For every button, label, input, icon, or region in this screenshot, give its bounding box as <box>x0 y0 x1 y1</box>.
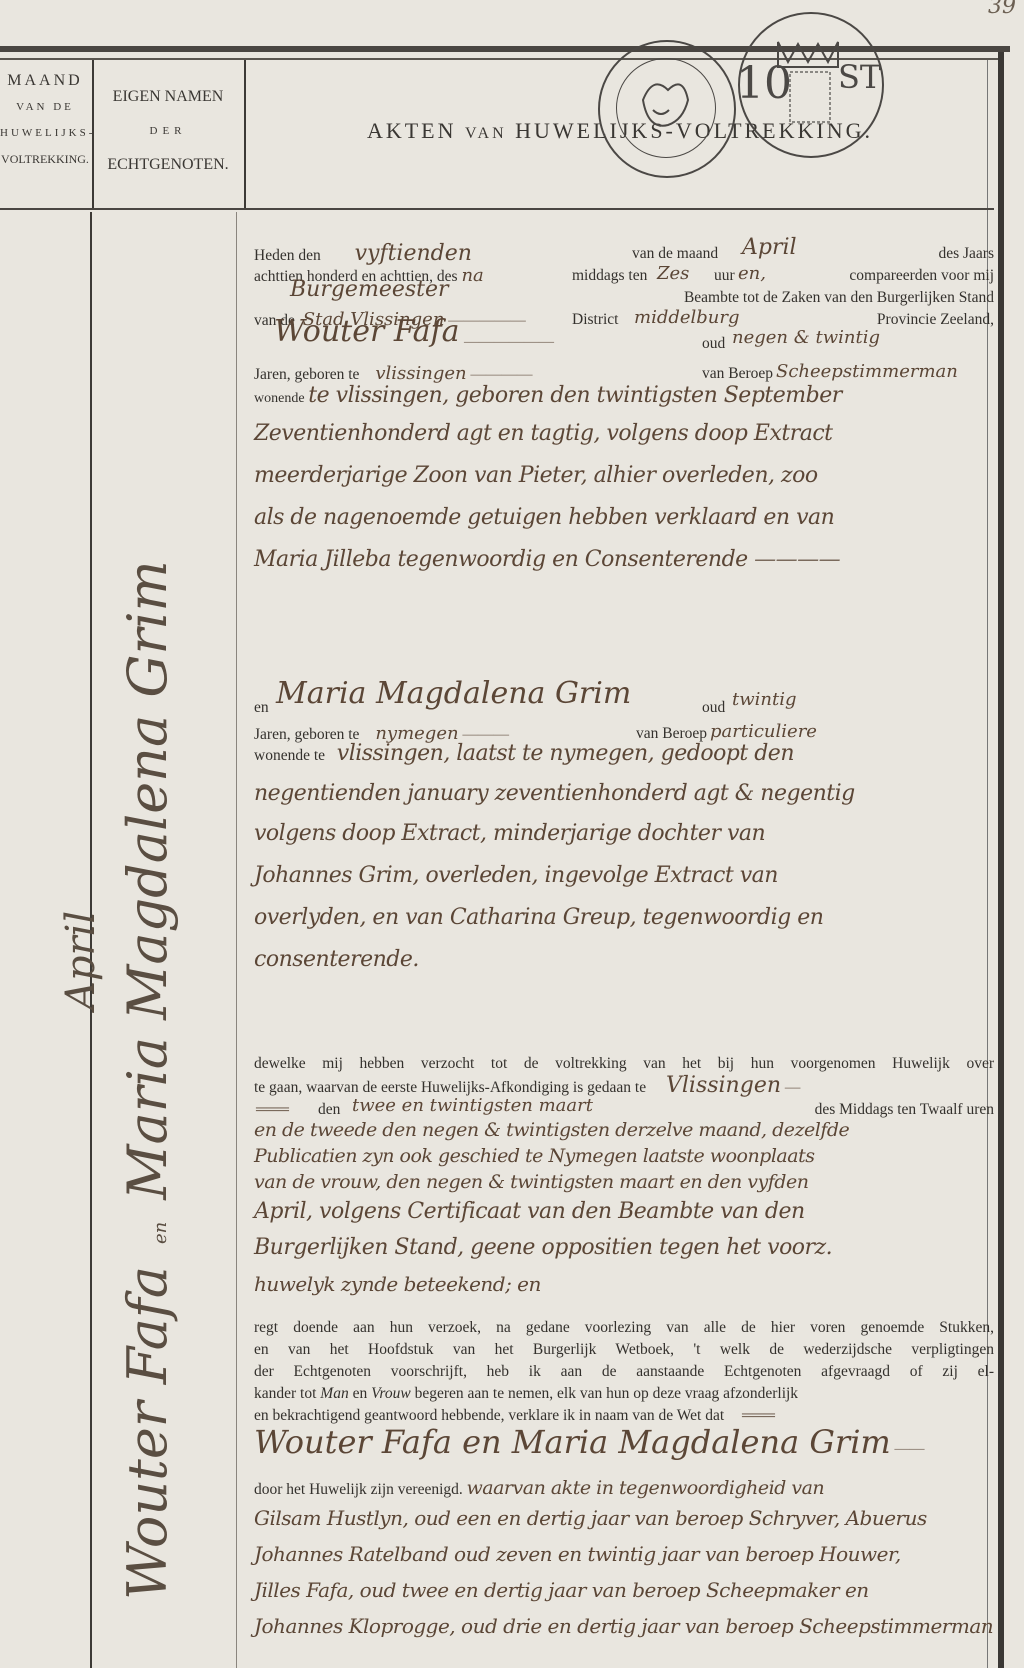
bride-age: twintig <box>732 690 797 710</box>
header-names-line1: EIGEN NAMEN <box>94 80 242 114</box>
declaration-line-1: regt doende aan hun verzoek, na gedane v… <box>254 1318 994 1338</box>
bride-details-line-4: overlyden, en van Catharina Greup, tegen… <box>254 908 994 928</box>
bride-name-line: en Maria Magdalena Grim oud twintig <box>254 688 994 718</box>
header-month-line1: MAAND <box>0 68 90 94</box>
label-groom-beroep: van Beroep <box>702 364 773 384</box>
label-man: Man <box>320 1385 348 1402</box>
label-verklare: en bekrachtigend geantwoord hebbende, ve… <box>254 1407 724 1424</box>
intro-line-1: Heden den vyftienden van de maand April … <box>254 244 994 266</box>
header-bottom-rule <box>0 208 994 210</box>
handwritten-district: middelburg <box>634 308 740 328</box>
column-header-names: EIGEN NAMEN DER ECHTGENOTEN. <box>94 80 242 182</box>
label-kander-tot: kander tot <box>254 1385 316 1402</box>
declaration-line-4: kander tot Man en Vrouw begeren aan te n… <box>254 1384 994 1404</box>
header-month-line3: HUWELIJKS- <box>0 120 90 146</box>
witness-line-4: Johannes Kloprogge, oud drie en dertig j… <box>254 1616 994 1636</box>
page-number: 39 <box>988 0 1016 19</box>
label-en: en <box>353 1385 368 1402</box>
handwritten-official-title: Burgemeester <box>290 280 449 300</box>
label-compareerden: compareerden voor mij <box>849 266 994 286</box>
column-header-month: MAAND VAN DE HUWELIJKS- VOLTREKKING. <box>0 68 90 172</box>
bride-name: Maria Magdalena Grim <box>276 684 631 704</box>
title-van: VAN <box>465 125 507 142</box>
publication-place: Vlissingen <box>666 1073 781 1098</box>
label-groom-wonende: wonende <box>254 391 305 406</box>
groom-age: negen & twintig <box>732 328 880 348</box>
handwritten-en: en, <box>738 264 766 284</box>
label-groom-geboren: Jaren, geboren te <box>254 366 359 383</box>
publication-line-1: dewelke mij hebben verzocht tot de voltr… <box>254 1054 994 1074</box>
revenue-stamp-crown-icon: 10 ST <box>738 12 884 158</box>
margin-groom: Wouter Fafa <box>116 1266 179 1600</box>
bride-residence: vlissingen, laatst te nymegen, gedoopt d… <box>337 741 794 766</box>
handwritten-na: na <box>461 265 483 286</box>
handwritten-hour: Zes <box>657 264 689 284</box>
handwritten-waarvan-akte: waarvan akte in tegenwoordigheid van <box>467 1477 825 1499</box>
bride-details-line-5: consenterende. <box>254 950 994 970</box>
margin-spouse-names: Wouter FafaenMaria Magdalena Grim <box>116 560 179 1600</box>
stamp-unit: ST <box>838 58 881 96</box>
label-des-jaars: des Jaars <box>938 244 994 264</box>
label-middags-twaalf: des Middags ten Twaalf uren <box>815 1100 994 1120</box>
groom-details-text: te vlissingen, geboren den twintigsten S… <box>308 383 841 408</box>
label-vrouw: Vrouw <box>371 1385 411 1402</box>
label-district: District <box>572 310 619 330</box>
groom-name: Wouter Fafa <box>274 322 460 342</box>
groom-occupation: Scheepstimmerman <box>776 362 958 382</box>
right-border-rule <box>998 52 1004 1668</box>
label-bride-wonende: wonende te <box>254 747 325 764</box>
couple-names: Wouter Fafa en Maria Magdalena Grim <box>254 1423 891 1461</box>
label-bride-en: en <box>254 698 269 718</box>
label-vereenigd: door het Huwelijk zijn vereenigd. <box>254 1481 463 1498</box>
label-provincie: Provincie Zeeland, <box>877 310 994 330</box>
label-middags-ten: middags ten <box>572 266 647 286</box>
column-divider-names <box>244 60 246 210</box>
groom-birth-line: Jaren, geboren te vlissingen ———— van Be… <box>254 364 994 385</box>
bride-details-line-2: volgens doop Extract, minderjarige docht… <box>254 824 994 844</box>
header-month-line4: VOLTREKKING. <box>0 146 90 172</box>
header-names-line3: ECHTGENOTEN. <box>94 148 242 182</box>
label-afkondiging: te gaan, waarvan de eerste Huwelijks-Afk… <box>254 1079 646 1096</box>
groom-birthplace: vlissingen <box>375 363 466 384</box>
label-uur: uur <box>714 266 735 286</box>
header-names-line2: DER <box>94 114 242 148</box>
groom-details-line-3: meerderjarige Zoon van Pieter, alhier ov… <box>254 466 994 486</box>
label-beambte: Beambte tot de Zaken van den Burgerlijke… <box>684 288 994 308</box>
groom-details-line-1: wonende te vlissingen, geboren den twint… <box>254 386 994 409</box>
handwritten-month: April <box>742 238 797 258</box>
label-bride-oud: oud <box>702 698 725 718</box>
groom-details-line-2: Zeventienhonderd agt en tagtig, volgens … <box>254 424 994 444</box>
title-akten: AKTEN <box>367 118 457 143</box>
label-van-de-maand: van de maand <box>632 244 718 264</box>
margin-bride: Maria Magdalena Grim <box>116 560 179 1200</box>
publication-date: twee en twintigsten maart <box>352 1096 593 1116</box>
couple-names-line: Wouter Fafa en Maria Magdalena Grim —— <box>254 1432 994 1468</box>
label-begeren: begeren aan te nemen, elk van hun op dez… <box>415 1385 798 1402</box>
publication-hw-line-4: April, volgens Certificaat van den Beamb… <box>254 1202 994 1222</box>
bride-residence-line: wonende te vlissingen, laatst te nymegen… <box>254 744 994 766</box>
publication-hw-line-5: Burgerlijken Stand, geene oppositien teg… <box>254 1238 994 1258</box>
publication-hw-line-1: en de tweede den negen & twintigsten der… <box>254 1120 994 1140</box>
publication-hw-line-6: huwelyk zynde beteekend; en <box>254 1274 994 1294</box>
label-heden-den: Heden den <box>254 247 321 264</box>
groom-details-line-4: als de nagenoemde getuigen hebben verkla… <box>254 508 994 528</box>
groom-details-line-5: Maria Jilleba tegenwoordig en Consentere… <box>254 550 994 570</box>
publication-hw-line-2: Publicatien zyn ook geschied te Nymegen … <box>254 1146 994 1166</box>
column-divider-names-body <box>236 212 237 1668</box>
declaration-line-2: en van het Hoofdstuk van het Burgerlijk … <box>254 1340 994 1360</box>
label-den: den <box>318 1100 340 1120</box>
margin-conjunction: en <box>150 1222 171 1244</box>
label-groom-oud: oud <box>702 334 725 354</box>
publication-hw-line-3: van de vrouw, den negen & twintigsten ma… <box>254 1172 994 1192</box>
margin-month: April <box>58 911 104 1010</box>
witness-line-3: Jilles Fafa, oud twee en dertig jaar van… <box>254 1580 994 1600</box>
bride-occupation: particuliere <box>710 722 817 742</box>
witness-line-1: Gilsam Hustlyn, oud een en dertig jaar v… <box>254 1508 994 1528</box>
handwritten-day: vyftienden <box>355 241 472 266</box>
bride-details-line-3: Johannes Grim, overleden, ingevolge Extr… <box>254 866 994 886</box>
lion-emblem-icon <box>598 40 732 174</box>
groom-name-line: Wouter Fafa —————— oud negen & twintig <box>254 328 994 358</box>
bride-details-line-1: negentienden january zeventienhonderd ag… <box>254 784 994 804</box>
revenue-stamp-lion-icon <box>598 40 736 178</box>
header-month-line2: VAN DE <box>0 94 90 120</box>
stamp-value: 10 <box>736 58 792 109</box>
groom-parents-text: Maria Jilleba tegenwoordig en Consentere… <box>254 547 748 572</box>
declaration-line-3: der Echtgenoten voorschrijft, heb ik aan… <box>254 1362 994 1382</box>
witness-line-2: Johannes Ratelband oud zeven en twintig … <box>254 1544 994 1564</box>
vereenigd-line: door het Huwelijk zijn vereenigd. waarva… <box>254 1478 994 1500</box>
